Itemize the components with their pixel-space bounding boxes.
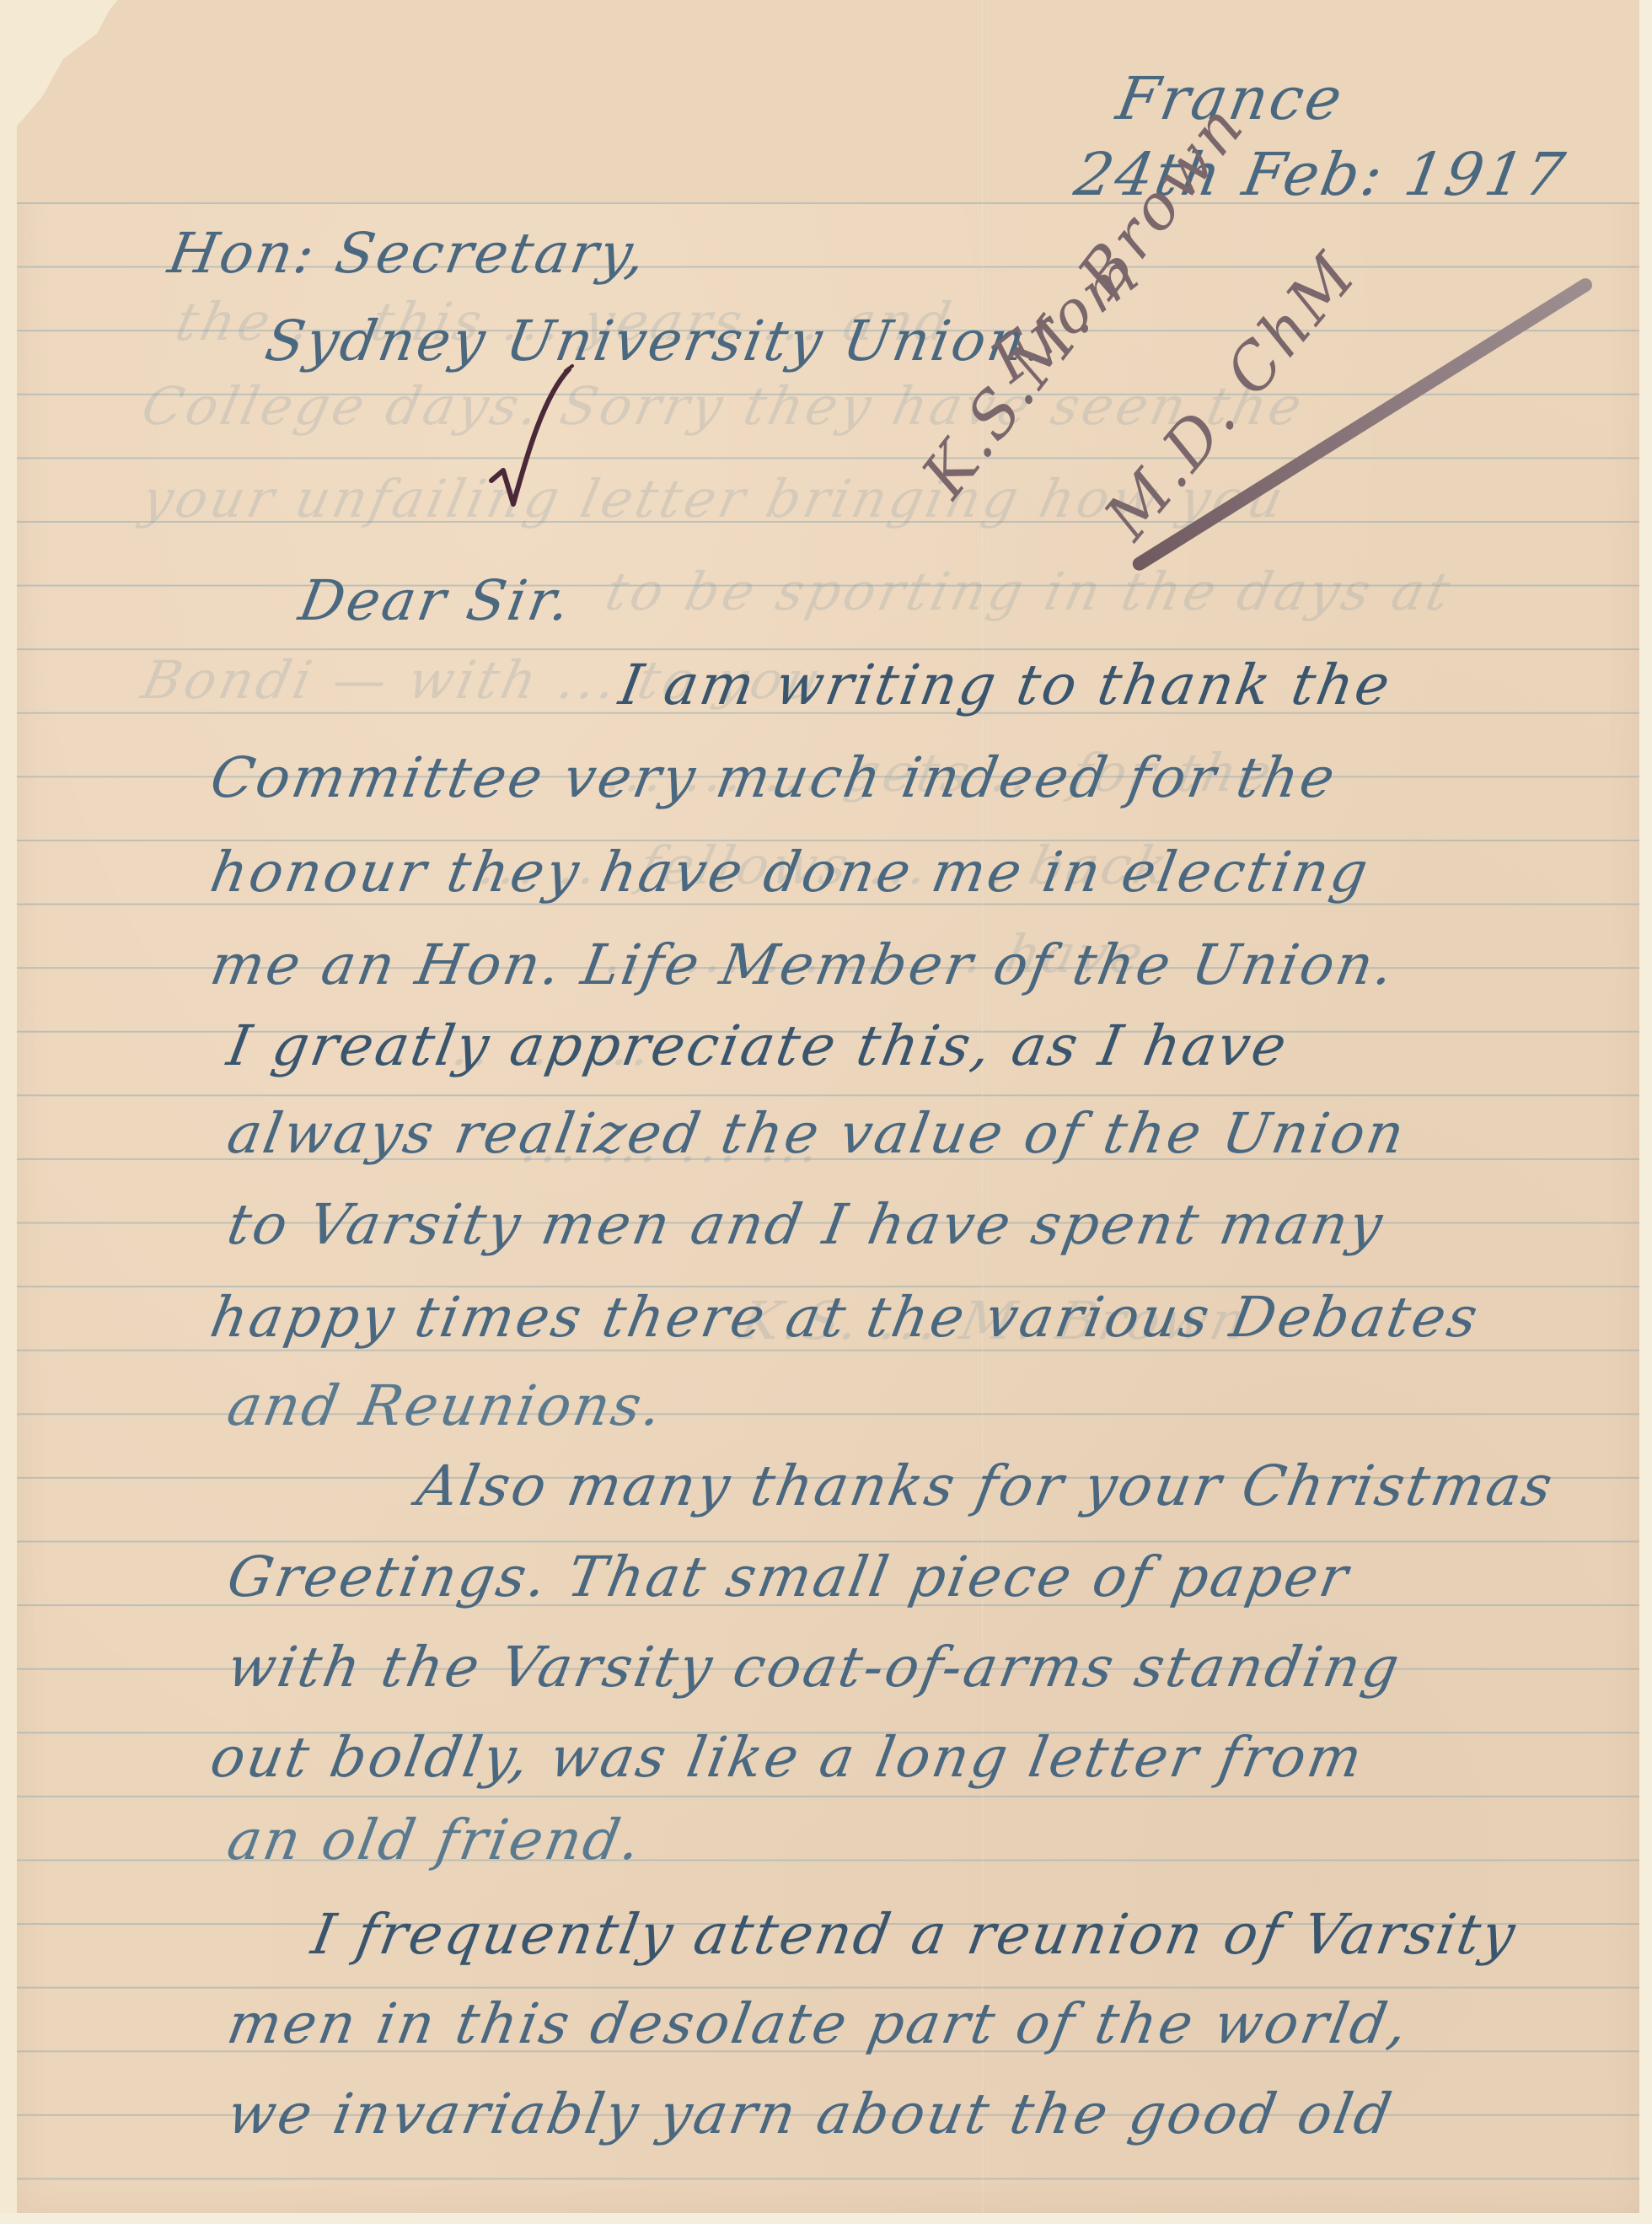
body-line: happy times there at the various Debates: [206, 1290, 1483, 1346]
body-line: Committee very much indeed for the: [206, 750, 1341, 806]
body-line: I frequently attend a reunion of Varsity: [308, 1907, 1521, 1963]
check-mark-icon: [485, 363, 577, 514]
body-line: out boldly, was like a long letter from: [206, 1730, 1368, 1786]
body-line: an old friend.: [223, 1813, 646, 1868]
body-line: Also many thanks for your Christmas: [413, 1458, 1558, 1514]
body-line: we invariably yarn about the good old: [223, 2087, 1397, 2142]
body-line: me an Hon. Life Member of the Union.: [206, 937, 1400, 993]
body-line: Greetings. That small piece of paper: [223, 1550, 1354, 1605]
body-line: and Reunions.: [223, 1378, 668, 1434]
scan-border-right: [1639, 0, 1652, 2224]
body-line: to Varsity men and I have spent many: [223, 1197, 1389, 1253]
bleed-line: College days. Sorry they have seen the: [137, 375, 1310, 437]
body-line: men in this desolate part of the world,: [223, 1996, 1413, 2052]
addressee-organisation: Sydney University Union.: [261, 314, 1052, 369]
body-line: honour they have done me in electing: [206, 845, 1374, 900]
addressee-title: Hon: Secretary,: [164, 226, 652, 282]
salutation: Dear Sir.: [295, 573, 577, 629]
scan-border-bottom: [0, 2213, 1652, 2224]
body-line: with the Varsity coat-of-arms standing: [223, 1640, 1405, 1695]
body-line: I am writing to thank the: [615, 658, 1396, 713]
bleed-line: to be sporting in the days at: [600, 561, 1458, 622]
body-line: always realized the value of the Union: [223, 1106, 1410, 1162]
body-line: I greatly appreciate this, as I have: [223, 1018, 1293, 1074]
letter-sheet: the ... this ... years ... and College d…: [17, 0, 1639, 2213]
